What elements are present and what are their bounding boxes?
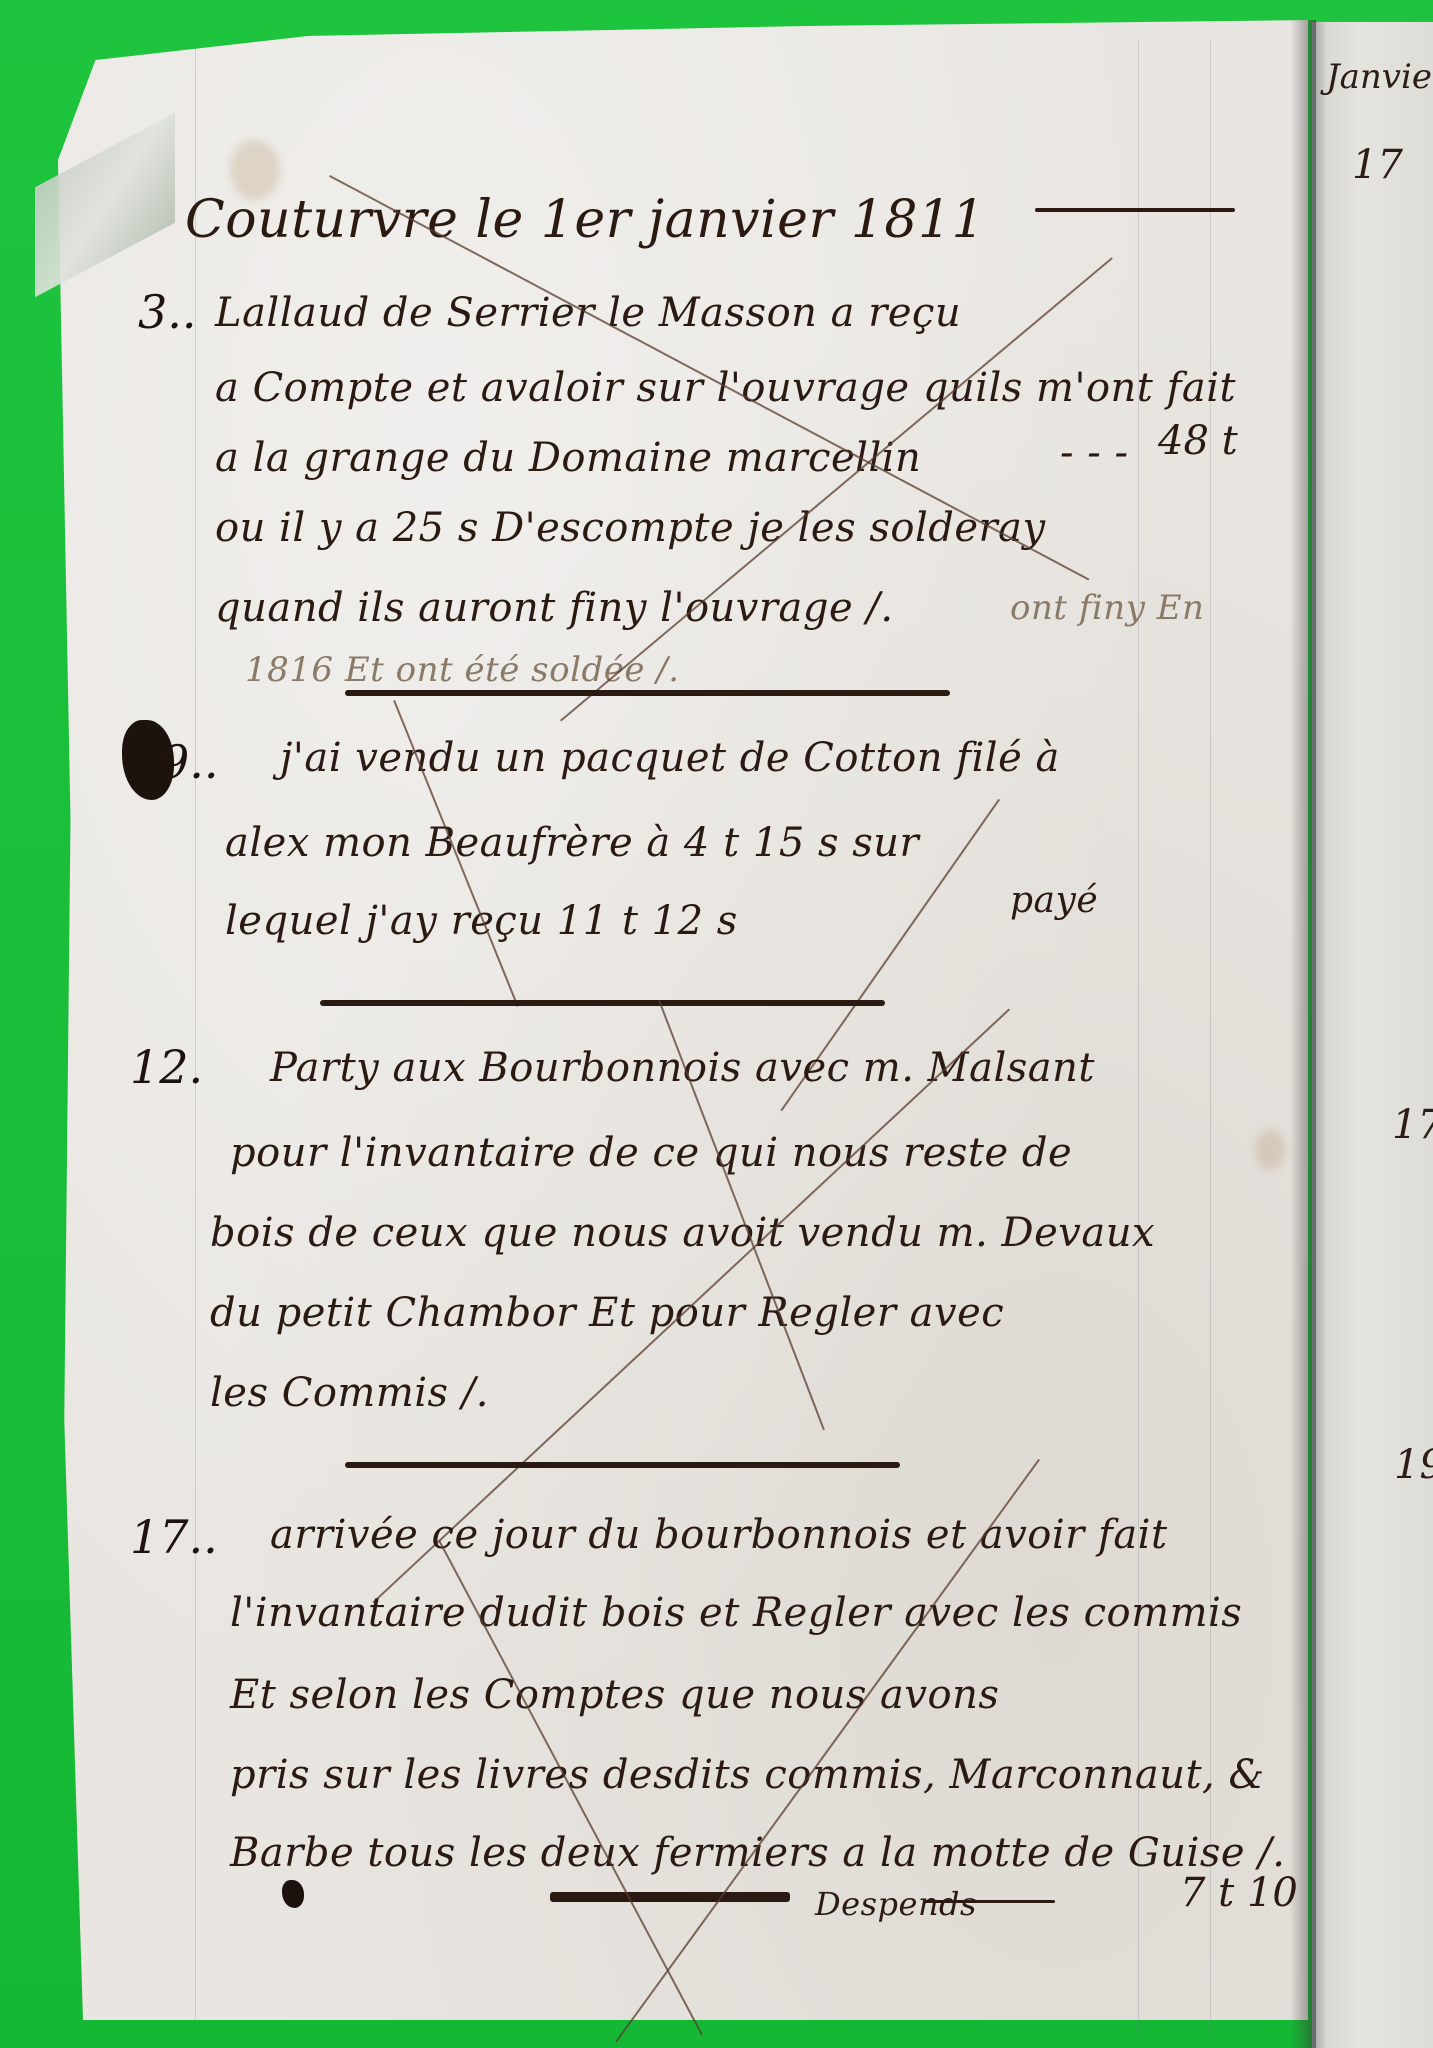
entry-line: arrivée ce jour du bourbonnois et avoir …	[270, 1512, 1168, 1558]
later-annotation: 1816 Et ont été soldée /.	[245, 650, 680, 690]
entry-day: 12.	[130, 1040, 203, 1094]
entry-line: Et selon les Comptes que nous avons	[230, 1672, 999, 1718]
entry-amount: 48 t	[1158, 418, 1238, 464]
expense-label: Despends	[815, 1885, 977, 1923]
entry-line: les Commis /.	[210, 1370, 489, 1416]
page-title: Couturvre le 1er janvier 1811	[185, 190, 985, 250]
entry-day: 17..	[130, 1510, 218, 1564]
entry-line: pris sur les livres desdits commis, Marc…	[230, 1752, 1265, 1798]
dot-leader: - - -	[1060, 430, 1128, 476]
entry-line: a la grange du Domaine marcellin	[215, 435, 921, 481]
entry-line: l'invantaire dudit bois et Regler avec l…	[230, 1590, 1242, 1636]
paper-stain	[1255, 1130, 1285, 1170]
paid-annotation: payé	[1010, 880, 1098, 921]
facing-page-number: 19	[1394, 1442, 1433, 1488]
ink-blot	[282, 1880, 304, 1908]
entry-line: pour l'invantaire de ce qui nous reste d…	[230, 1130, 1072, 1176]
entry-line: j'ai vendu un pacquet de Cotton filé à	[280, 735, 1060, 781]
entry-line: quand ils auront finy l'ouvrage /.	[215, 585, 894, 631]
entry-line: Party aux Bourbonnois avec m. Malsant	[270, 1045, 1095, 1091]
entry-line: ou il y a 25 s D'escompte je les soldera…	[215, 505, 1046, 551]
title-underline	[1035, 208, 1235, 212]
margin-rule	[1210, 40, 1211, 2038]
ink-stroke	[550, 1892, 790, 1902]
later-annotation: ont finy En	[1010, 588, 1204, 628]
margin-rule	[195, 40, 196, 2038]
entry-line: alex mon Beaufrère à 4 t 15 s sur	[225, 820, 919, 866]
entry-day: 9..	[160, 735, 219, 789]
entry-day: 3..	[138, 285, 197, 339]
book-gutter	[1290, 20, 1316, 2048]
entry-line: Barbe tous les deux fermiers a la motte …	[230, 1830, 1285, 1876]
entry-line: du petit Chambor Et pour Regler avec	[210, 1290, 1004, 1336]
facing-page-number: 17.	[1392, 1102, 1433, 1148]
entry-separator	[320, 1000, 885, 1006]
facing-page: Janvier 17 17. 19	[1312, 22, 1433, 2048]
entry-amount: 7 t 10	[1180, 1870, 1298, 1916]
dash-leader	[925, 1900, 1055, 1903]
margin-rule	[1138, 40, 1139, 2038]
entry-line: bois de ceux que nous avoit vendu m. Dev…	[210, 1210, 1155, 1256]
entry-separator	[345, 1462, 900, 1468]
facing-page-number: 17	[1352, 142, 1403, 188]
facing-page-header: Janvier	[1326, 57, 1433, 97]
entry-separator	[345, 690, 950, 696]
